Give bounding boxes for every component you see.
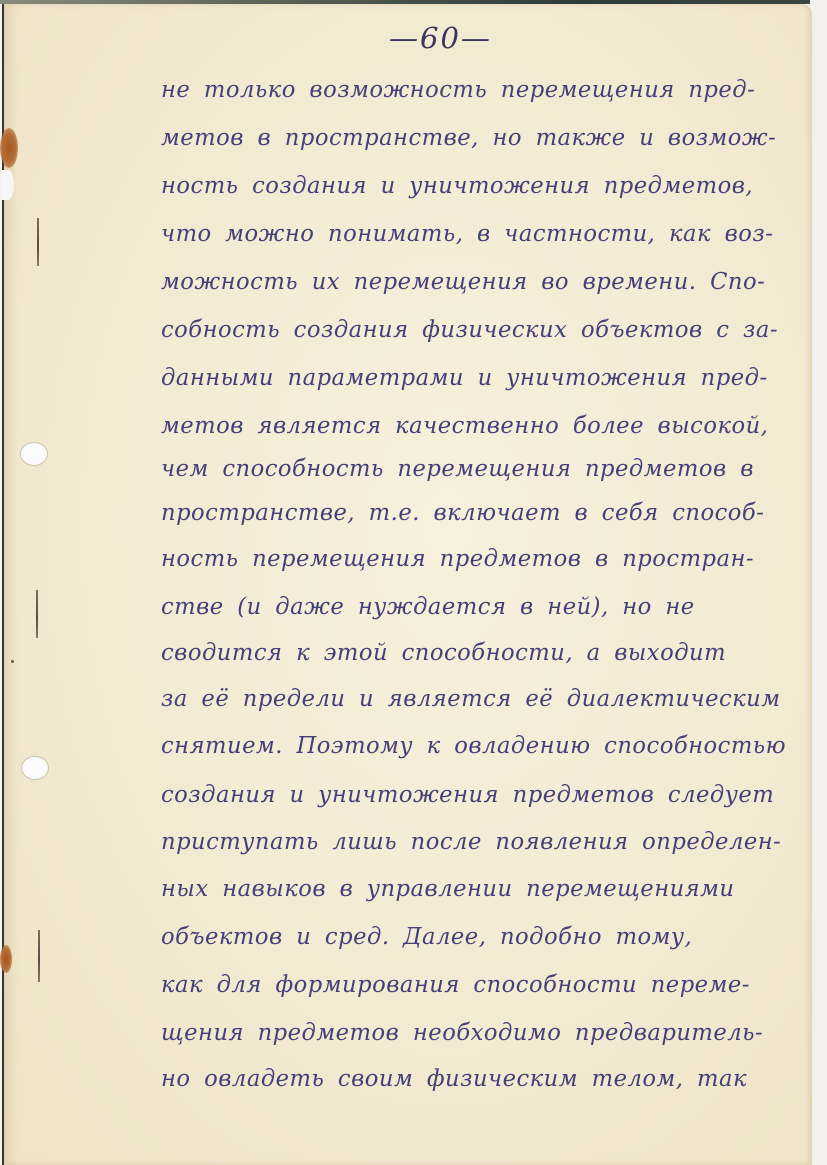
staple-mark <box>38 930 40 982</box>
rust-stain <box>0 945 12 973</box>
paper-speck <box>11 660 14 663</box>
text-line: данными параметрами и уничтожения пред- <box>161 365 791 391</box>
staple-mark <box>36 590 38 638</box>
punch-hole <box>21 443 47 465</box>
text-line: создания и уничтожения предметов следует <box>161 782 791 808</box>
text-line: снятием. Поэтому к овладению способность… <box>161 733 791 759</box>
manuscript-sheet: —60— не только возможность перемещения п… <box>2 4 812 1165</box>
text-line: ных навыков в управлении перемещениями <box>161 876 791 902</box>
text-line: собность создания физических объектов с … <box>161 317 791 343</box>
text-line: метов является качественно более высокой… <box>161 413 791 439</box>
text-line: ность перемещения предметов в простран- <box>161 546 791 572</box>
text-line: метов в пространстве, но также и возмож- <box>161 125 791 151</box>
rust-stain <box>0 128 18 168</box>
text-line: за её предели и является её диалектическ… <box>161 686 791 712</box>
text-line: сводится к этой способности, а выходит <box>161 640 791 666</box>
text-line: приступать лишь после появления определе… <box>161 829 791 855</box>
text-line: не только возможность перемещения пред- <box>161 77 791 103</box>
punch-hole <box>22 757 48 779</box>
torn-punch-hole <box>2 170 14 200</box>
page-number: —60— <box>389 21 492 55</box>
scanned-page: —60— не только возможность перемещения п… <box>0 0 827 1165</box>
text-line: можность их перемещения во времени. Спо- <box>161 269 791 295</box>
text-line: щения предметов необходимо предваритель- <box>161 1020 791 1046</box>
text-line: чем способность перемещения предметов в <box>161 456 791 482</box>
text-line: пространстве, т.е. включает в себя спосо… <box>161 500 791 526</box>
text-line: что можно понимать, в частности, как воз… <box>161 221 791 247</box>
text-line: ность создания и уничтожения предметов, <box>161 173 791 199</box>
text-line: как для формирования способности переме- <box>161 972 791 998</box>
text-line: объектов и сред. Далее, подобно тому, <box>161 924 791 950</box>
scanner-backing <box>810 0 827 1165</box>
staple-mark <box>37 218 39 266</box>
text-line: стве (и даже нуждается в ней), но не <box>161 594 791 620</box>
text-line: но овладеть своим физическим телом, так <box>161 1066 791 1092</box>
